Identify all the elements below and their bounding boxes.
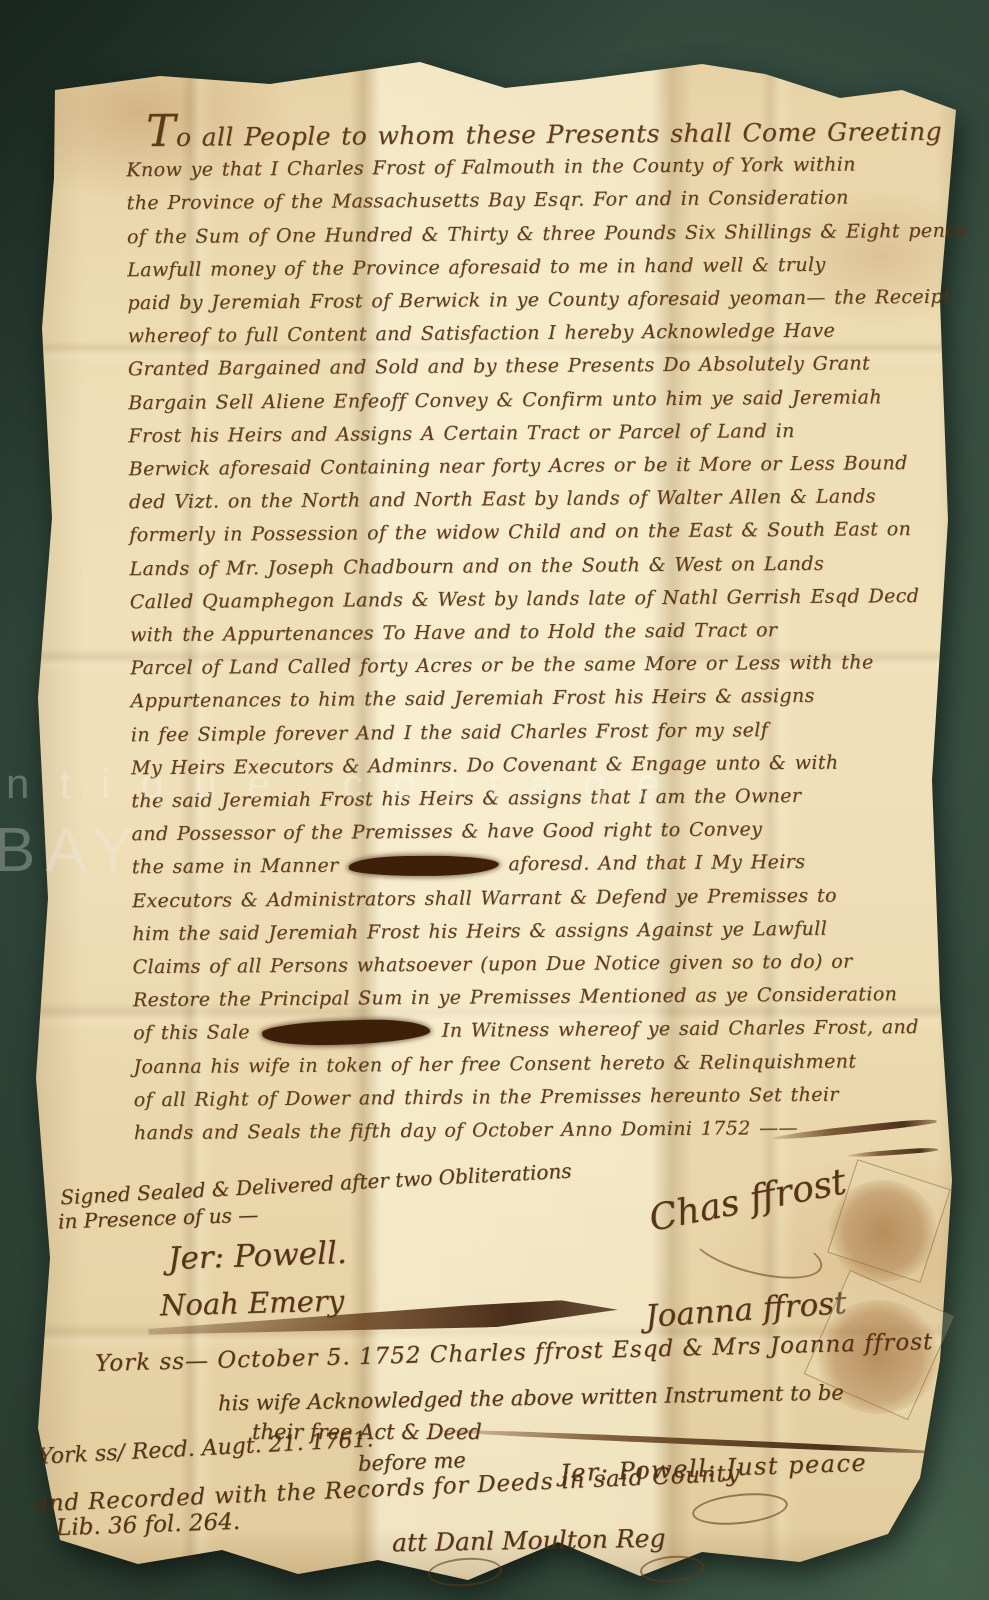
registrar-signature: att Danl Moulton Reg (392, 1524, 666, 1558)
deed-line: Parcel of Land Called forty Acres or be … (130, 646, 945, 686)
wafer-seal-upper-stain (828, 1180, 938, 1282)
deed-line-text: the same in Manner (132, 855, 339, 879)
deed-line: of all Right of Dower and thirds in the … (134, 1078, 949, 1118)
deed-photograph: To all People to whom these Presents sha… (0, 0, 989, 1600)
before-me-text: before me (358, 1448, 467, 1476)
deed-line-text: of this Sale (133, 1022, 250, 1045)
witness-signature-emery: Noah Emery (160, 1284, 345, 1323)
deed-line: Called Quamphegon Lands & West by lands … (130, 580, 945, 620)
deed-line: Bargain Sell Aliene Enfeoff Convey & Con… (128, 380, 943, 420)
ink-obliteration-mark (348, 856, 498, 877)
witness-signature-powell: Jer: Powell. (167, 1235, 347, 1277)
deed-line: To all People to whom these Presents sha… (126, 109, 941, 155)
deed-line-text: aforesd. And that I My Heirs (508, 851, 805, 875)
ink-obliteration-mark (262, 1018, 431, 1048)
deed-body-text: To all People to whom these Presents sha… (126, 109, 949, 1151)
deed-line-text: In Witness whereof ye said Charles Frost… (442, 1017, 919, 1043)
deed-line: My Heirs Executors & Adminrs. Do Covenan… (131, 746, 946, 786)
